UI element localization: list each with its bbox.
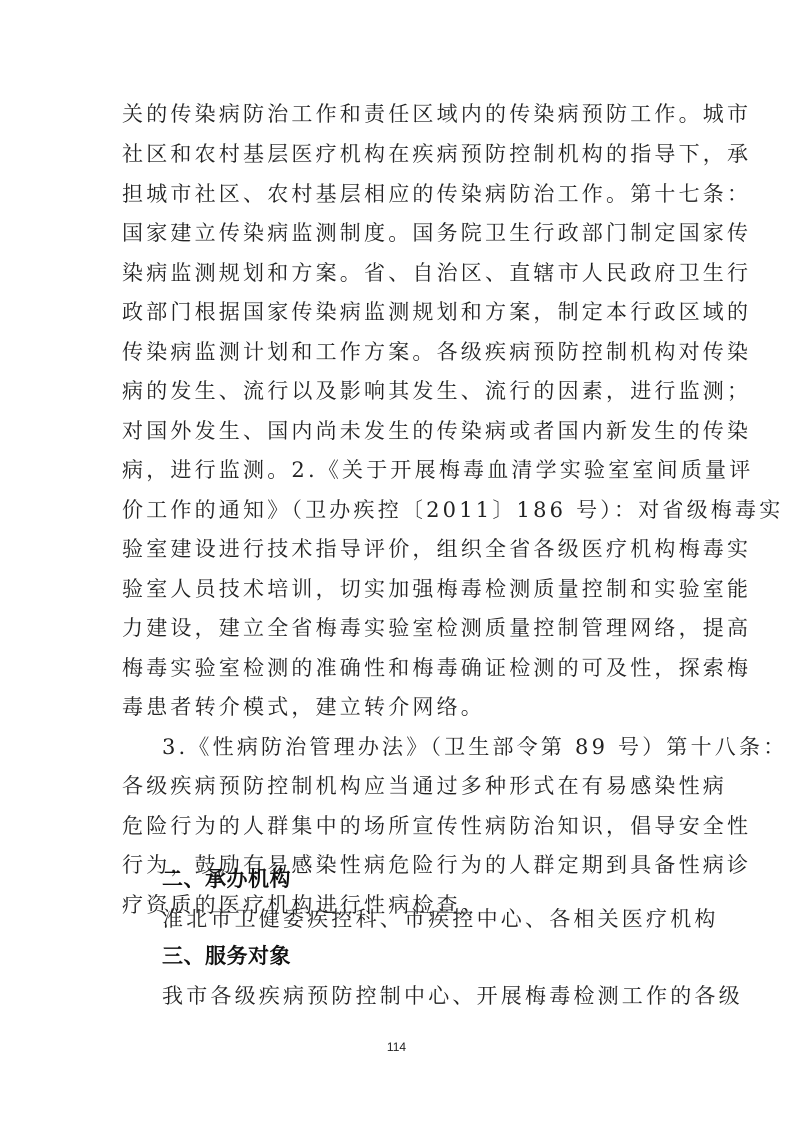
- section-heading-3: 三、服务对象: [162, 942, 291, 970]
- document-page: 关的传染病防治工作和责任区域内的传染病预防工作。城市 社区和农村基层医疗机构在疾…: [0, 0, 793, 1122]
- body-line: 毒患者转介模式，建立转介网络。: [122, 693, 682, 721]
- body-line: 验室人员技术培训，切实加强梅毒检测质量控制和实验室能: [122, 575, 682, 603]
- body-line: 政部门根据国家传染病监测规划和方案，制定本行政区域的: [122, 298, 682, 326]
- body-line: 验室建设进行技术指导评价，组织全省各级医疗机构梅毒实: [122, 535, 682, 563]
- body-line: 各级疾病预防控制机构应当通过多种形式在有易感染性病: [122, 772, 682, 800]
- body-line: 病，进行监测。2.《关于开展梅毒血清学实验室室间质量评: [122, 456, 682, 484]
- section-heading-2: 二、承办机构: [162, 865, 291, 893]
- body-line: 3.《性病防治管理办法》（卫生部令第 89 号）第十八条：: [162, 733, 722, 761]
- body-line: 担城市社区、农村基层相应的传染病防治工作。第十七条：: [122, 180, 682, 208]
- section-body-3: 我市各级疾病预防控制中心、开展梅毒检测工作的各级: [162, 982, 722, 1010]
- body-line: 传染病监测计划和工作方案。各级疾病预防控制机构对传染: [122, 338, 682, 366]
- body-line: 国家建立传染病监测制度。国务院卫生行政部门制定国家传: [122, 219, 682, 247]
- body-line: 病的发生、流行以及影响其发生、流行的因素，进行监测；: [122, 377, 682, 405]
- body-line: 对国外发生、国内尚未发生的传染病或者国内新发生的传染: [122, 417, 682, 445]
- body-line: 力建设，建立全省梅毒实验室检测质量控制管理网络，提高: [122, 614, 682, 642]
- body-line: 危险行为的人群集中的场所宣传性病防治知识，倡导安全性: [122, 812, 682, 840]
- body-line: 梅毒实验室检测的准确性和梅毒确证检测的可及性，探索梅: [122, 654, 682, 682]
- body-line: 价工作的通知》（卫办疾控〔2011〕186 号）：对省级梅毒实: [122, 496, 682, 524]
- body-line: 关的传染病防治工作和责任区域内的传染病预防工作。城市: [122, 100, 682, 128]
- section-body-2: 淮北市卫健委疾控科、市疾控中心、各相关医疗机构: [162, 905, 722, 933]
- body-line: 社区和农村基层医疗机构在疾病预防控制机构的指导下，承: [122, 140, 682, 168]
- page-number: 114: [0, 1040, 793, 1054]
- body-line: 染病监测规划和方案。省、自治区、直辖市人民政府卫生行: [122, 259, 682, 287]
